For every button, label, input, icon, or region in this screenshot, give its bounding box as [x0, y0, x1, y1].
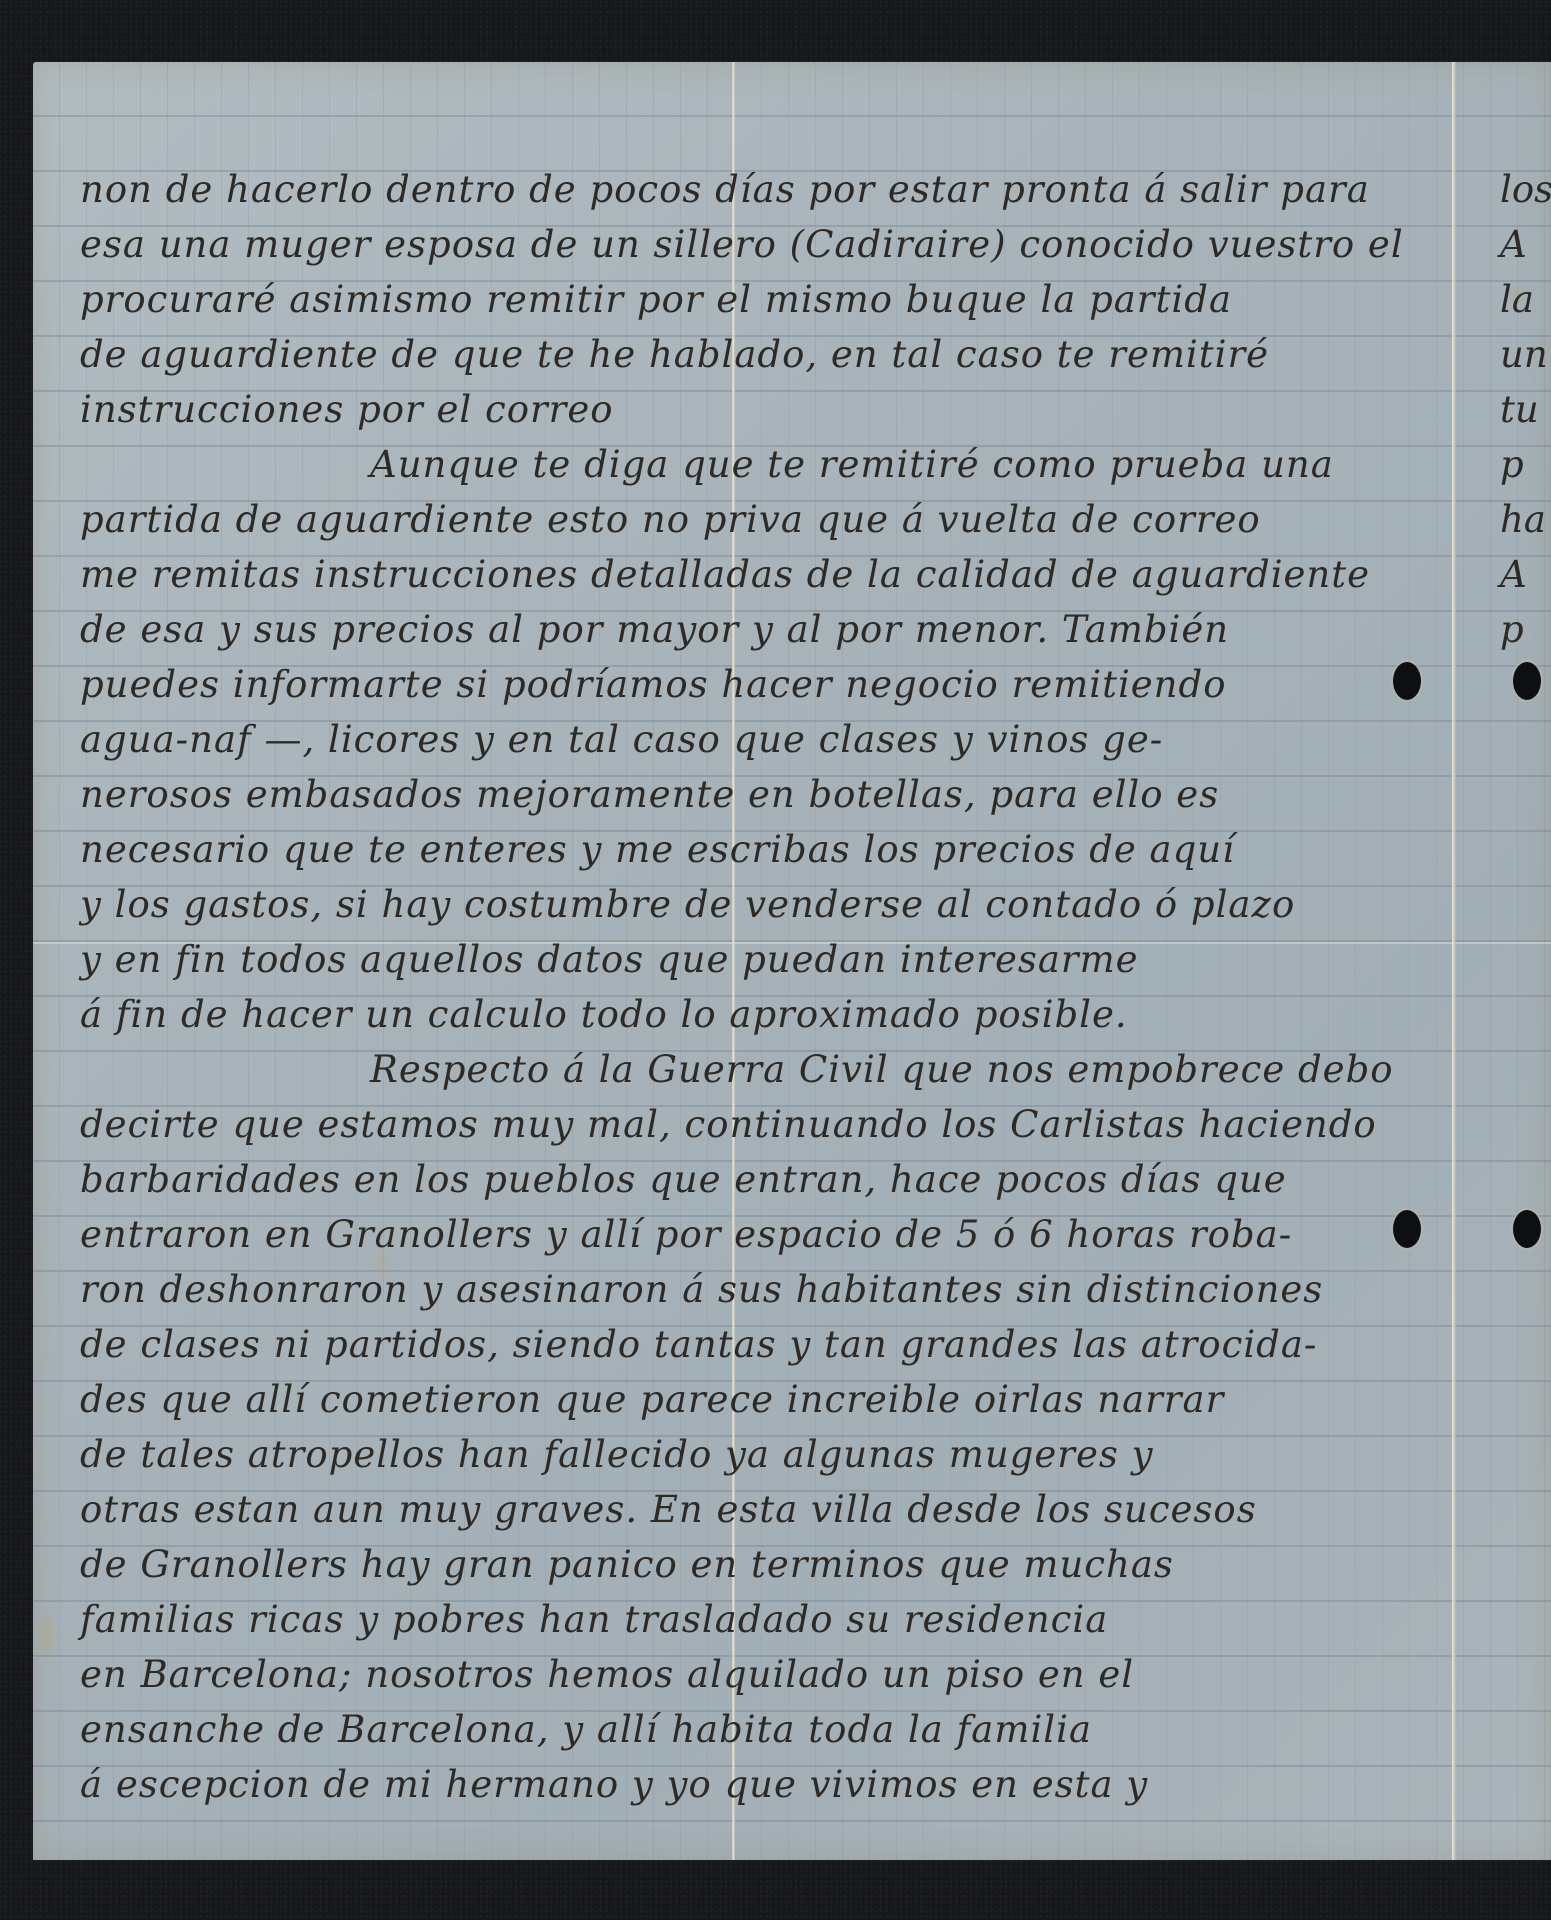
letter-line: otras estan aun muy graves. En esta vill… — [80, 1480, 1257, 1540]
letter-line: y los gastos, si hay costumbre de vender… — [80, 875, 1295, 935]
punch-hole-icon — [1393, 1210, 1421, 1248]
page-edge-divider — [1452, 62, 1456, 1860]
adjacent-page-fragment: p — [1500, 435, 1524, 495]
letter-line: procuraré asimismo remitir por el mismo … — [80, 270, 1232, 330]
adjacent-page-fragment: A — [1500, 545, 1527, 605]
letter-line: ensanche de Barcelona, y allí habita tod… — [80, 1700, 1092, 1760]
letter-line: necesario que te enteres y me escribas l… — [80, 820, 1235, 880]
letter-line: barbaridades en los pueblos que entran, … — [80, 1150, 1287, 1210]
letter-line: familias ricas y pobres han trasladado s… — [80, 1590, 1108, 1650]
letter-line: me remitas instrucciones detalladas de l… — [80, 545, 1370, 605]
punch-hole-icon — [1513, 1210, 1541, 1248]
adjacent-page-fragment: los — [1500, 160, 1551, 220]
letter-line: de tales atropellos han fallecido ya alg… — [80, 1425, 1154, 1485]
adjacent-page-fragment: ha — [1500, 490, 1546, 550]
letter-line: non de hacerlo dentro de pocos días por … — [80, 160, 1370, 220]
adjacent-page-fragment: A — [1500, 215, 1527, 275]
adjacent-page-fragment: la — [1500, 270, 1534, 330]
paragraph-start-line: Aunque te diga que te remitiré como prue… — [80, 435, 1334, 495]
punch-hole-icon — [1513, 662, 1541, 700]
letter-line: de aguardiente de que te he hablado, en … — [80, 325, 1269, 385]
paragraph-start-line: Respecto á la Guerra Civil que nos empob… — [80, 1040, 1394, 1100]
letter-line: puedes informarte si podríamos hacer neg… — [80, 655, 1226, 715]
adjacent-page-fragment: tu — [1500, 380, 1539, 440]
letter-line: y en fin todos aquellos datos que puedan… — [80, 930, 1139, 990]
letter-line: de esa y sus precios al por mayor y al p… — [80, 600, 1229, 660]
letter-line: de Granollers hay gran panico en termino… — [80, 1535, 1174, 1595]
letter-line: ron deshonraron y asesinaron á sus habit… — [80, 1260, 1323, 1320]
adjacent-page-fragment: un — [1500, 325, 1548, 385]
letter-line: á escepcion de mi hermano y yo que vivim… — [80, 1755, 1148, 1815]
letter-line: en Barcelona; nosotros hemos alquilado u… — [80, 1645, 1134, 1705]
letter-line: des que allí cometieron que parece incre… — [80, 1370, 1224, 1430]
letter-line: esa una muger esposa de un sillero (Cadi… — [80, 215, 1404, 275]
letter-line: instrucciones por el correo — [80, 380, 614, 440]
ink-stain — [39, 1617, 55, 1653]
adjacent-page-fragment: p — [1500, 600, 1524, 660]
letter-line: decirte que estamos muy mal, continuando… — [80, 1095, 1377, 1155]
letter-line: entraron en Granollers y allí por espaci… — [80, 1205, 1292, 1265]
letter-line: partida de aguardiente esto no priva que… — [80, 490, 1261, 550]
letter-line: de clases ni partidos, siendo tantas y t… — [80, 1315, 1317, 1375]
letter-line: nerosos embasados mejoramente en botella… — [80, 765, 1219, 825]
punch-hole-icon — [1393, 662, 1421, 700]
letter-line: á fin de hacer un calculo todo lo aproxi… — [80, 985, 1128, 1045]
letter-line: agua-naf —, licores y en tal caso que cl… — [80, 710, 1163, 770]
